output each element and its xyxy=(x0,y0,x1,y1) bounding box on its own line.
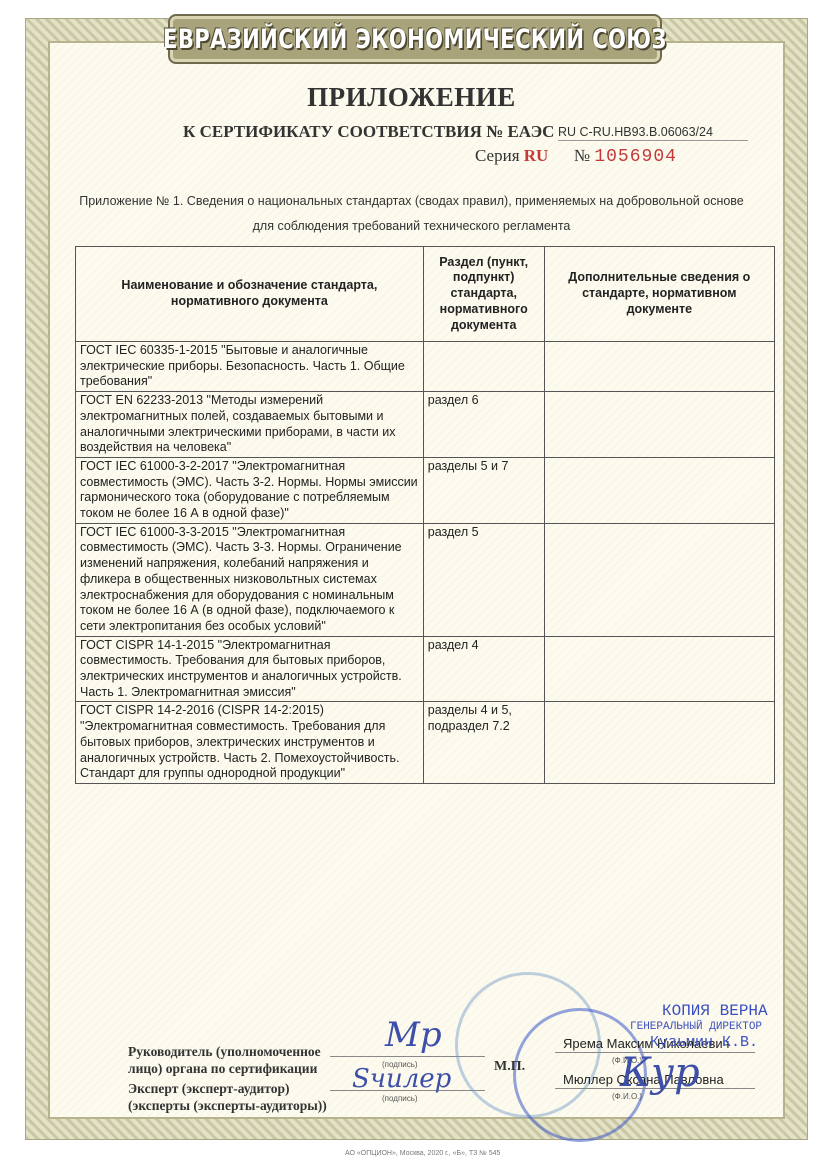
expert-label: Эксперт (эксперт-аудитор) (эксперты (экс… xyxy=(128,1080,327,1114)
certificate-subtitle: К СЕРТИФИКАТУ СООТВЕТСТВИЯ № ЕАЭС xyxy=(183,122,554,142)
standard-name: ГОСТ CISPR 14-1-2015 "Электромагнитная с… xyxy=(76,636,424,702)
standard-section: разделы 4 и 5, подраздел 7.2 xyxy=(423,702,544,784)
standard-name: ГОСТ CISPR 14-2-2016 (CISPR 14-2:2015) "… xyxy=(76,702,424,784)
standard-name: ГОСТ IEC 61000-3-2-2017 "Электромагнитна… xyxy=(76,457,424,523)
series-value: RU xyxy=(524,146,549,165)
table-row: ГОСТ IEC 61000-3-2-2017 "Электромагнитна… xyxy=(76,457,775,523)
table-row: ГОСТ EN 62233-2013 "Методы измерений эле… xyxy=(76,392,775,458)
series-line: Серия RU № 1056904 xyxy=(475,146,677,167)
table-row: ГОСТ IEC 60335-1-2015 "Бытовые и аналоги… xyxy=(76,342,775,392)
standards-table: Наименование и обозначение стандарта, но… xyxy=(75,246,775,784)
union-banner: ЕВРАЗИЙСКИЙ ЭКОНОМИЧЕСКИЙ СОЮЗ xyxy=(168,14,662,64)
expert-signature: Sчилер xyxy=(352,1064,451,1094)
standard-name: ГОСТ IEC 60335-1-2015 "Бытовые и аналоги… xyxy=(76,342,424,392)
table-row: ГОСТ CISPR 14-2-2016 (CISPR 14-2:2015) "… xyxy=(76,702,775,784)
standard-name: ГОСТ IEC 61000-3-3-2015 "Электромагнитна… xyxy=(76,523,424,636)
director-signature: Кур xyxy=(620,1050,700,1096)
printer-imprint: АО «ОПЦИОН», Москва, 2020 г., «Б», ТЗ № … xyxy=(345,1150,500,1157)
standard-extra xyxy=(544,523,774,636)
header-extra-info: Дополнительные сведения о стандарте, нор… xyxy=(544,247,774,342)
table-row: ГОСТ IEC 61000-3-3-2015 "Электромагнитна… xyxy=(76,523,775,636)
standard-name: ГОСТ EN 62233-2013 "Методы измерений эле… xyxy=(76,392,424,458)
standard-extra xyxy=(544,636,774,702)
head-label-line-1: Руководитель (уполномоченное xyxy=(128,1043,321,1060)
standard-section xyxy=(423,342,544,392)
head-label: Руководитель (уполномоченное лицо) орган… xyxy=(128,1043,321,1077)
page-title: ПРИЛОЖЕНИЕ xyxy=(0,82,823,113)
banner-text: ЕВРАЗИЙСКИЙ ЭКОНОМИЧЕСКИЙ СОЮЗ xyxy=(163,24,667,55)
header-standard-name: Наименование и обозначение стандарта, но… xyxy=(76,247,424,342)
expert-label-line-1: Эксперт (эксперт-аудитор) xyxy=(128,1080,327,1097)
table-row: ГОСТ CISPR 14-1-2015 "Электромагнитная с… xyxy=(76,636,775,702)
copy-stamp-line-1: КОПИЯ ВЕРНА xyxy=(662,1003,768,1019)
number-label: № xyxy=(574,146,590,165)
copy-stamp-line-3: Кузьмин К.В. xyxy=(650,1035,768,1051)
copy-certified-stamp: КОПИЯ ВЕРНА ГЕНЕРАЛЬНЫЙ ДИРЕКТОР Кузьмин… xyxy=(662,1003,768,1051)
intro-text: Приложение № 1. Сведения о национальных … xyxy=(0,189,823,239)
expert-label-line-2: (эксперты (эксперты-аудиторы)) xyxy=(128,1097,327,1114)
head-label-line-2: лицо) органа по сертификации xyxy=(128,1060,321,1077)
expert-signature-caption: (подпись) xyxy=(382,1094,418,1103)
certificate-number: RU C-RU.НВ93.В.06063/24 xyxy=(558,125,748,141)
intro-line-1: Приложение № 1. Сведения о национальных … xyxy=(0,189,823,214)
blank-number: 1056904 xyxy=(594,147,677,167)
standard-section: раздел 6 xyxy=(423,392,544,458)
header-section: Раздел (пункт, подпункт) стандарта, норм… xyxy=(423,247,544,342)
seal-placeholder-label: М.П. xyxy=(494,1059,525,1075)
standard-extra xyxy=(544,392,774,458)
standard-section: разделы 5 и 7 xyxy=(423,457,544,523)
standard-extra xyxy=(544,457,774,523)
standard-extra xyxy=(544,702,774,784)
standard-section: раздел 5 xyxy=(423,523,544,636)
copy-stamp-line-2: ГЕНЕРАЛЬНЫЙ ДИРЕКТОР xyxy=(630,1019,768,1035)
table-header-row: Наименование и обозначение стандарта, но… xyxy=(76,247,775,342)
standard-section: раздел 4 xyxy=(423,636,544,702)
series-label: Серия xyxy=(475,146,520,165)
intro-line-2: для соблюдения требований технического р… xyxy=(0,214,823,239)
standard-extra xyxy=(544,342,774,392)
head-signature: Мр xyxy=(385,1015,442,1055)
